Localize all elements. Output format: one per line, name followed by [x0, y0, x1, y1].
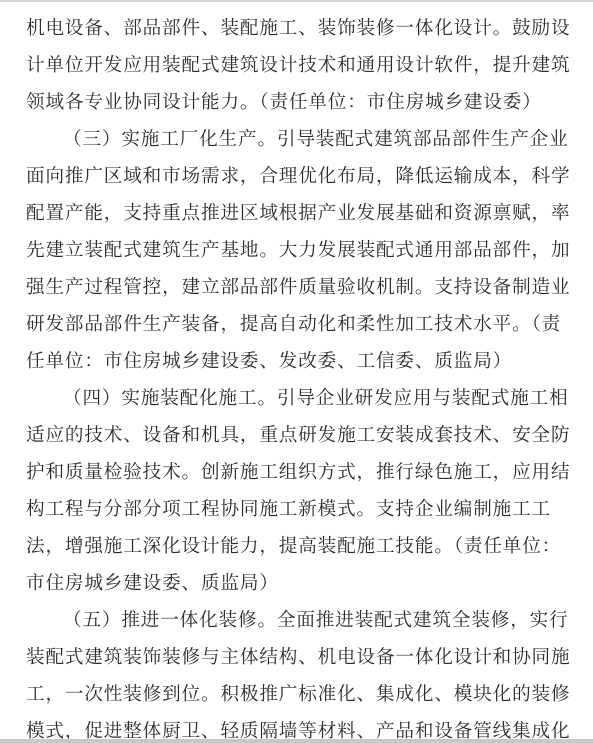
text-line: 面向推广区域和市场需求，合理优化布局，降低运输成本，科学 [26, 162, 476, 192]
text-line: 法，增强施工深化设计能力，提高装配施工技能。（责任单位： [26, 532, 476, 562]
text-line: 配置产能，支持重点推进区域根据产业发展基础和资源禀赋，率 [26, 199, 476, 229]
text-line: 领域各专业协同设计能力。（责任单位：市住房城乡建设委） [26, 88, 476, 118]
text-line: 护和质量检验技术。创新施工组织方式，推行绿色施工，应用结 [26, 458, 476, 488]
text-line: 强生产过程管控，建立部品部件质量验收机制。支持设备制造业 [26, 273, 476, 303]
text-line: 适应的技术、设备和机具，重点研发施工安装成套技术、安全防 [26, 421, 476, 451]
text-line: 装配式建筑装饰装修与主体结构、机电设备一体化设计和协同施 [26, 643, 476, 673]
text-line: 工，一次性装修到位。积极推广标准化、集成化、模块化的装修 [26, 680, 476, 710]
text-line: 市住房城乡建设委、质监局） [26, 569, 476, 599]
text-line: 机电设备、部品部件、装配施工、装饰装修一体化设计。鼓励设 [26, 14, 476, 44]
section-heading-4: （四）实施装配化施工。引导企业研发应用与装配式施工相 [63, 384, 513, 414]
text-line: 先建立装配式建筑生产基地。大力发展装配式通用部品部件，加 [26, 236, 476, 266]
text-line: 计单位开发应用装配式建筑设计技术和通用设计软件，提升建筑 [26, 51, 476, 81]
section-heading-3: （三）实施工厂化生产。引导装配式建筑部品部件生产企业 [63, 125, 513, 155]
text-line: 构工程与分部分项工程协同施工新模式。支持企业编制施工工 [26, 495, 476, 525]
top-page-edge [0, 0, 593, 2]
section-heading-5: （五）推进一体化装修。全面推进装配式建筑全装修，实行 [63, 606, 513, 636]
bottom-page-edge [0, 739, 593, 743]
text-line: 研发部品部件生产装备，提高自动化和柔性加工技术水平。（责 [26, 310, 476, 340]
text-line: 任单位：市住房城乡建设委、发改委、工信委、质监局） [26, 347, 476, 377]
